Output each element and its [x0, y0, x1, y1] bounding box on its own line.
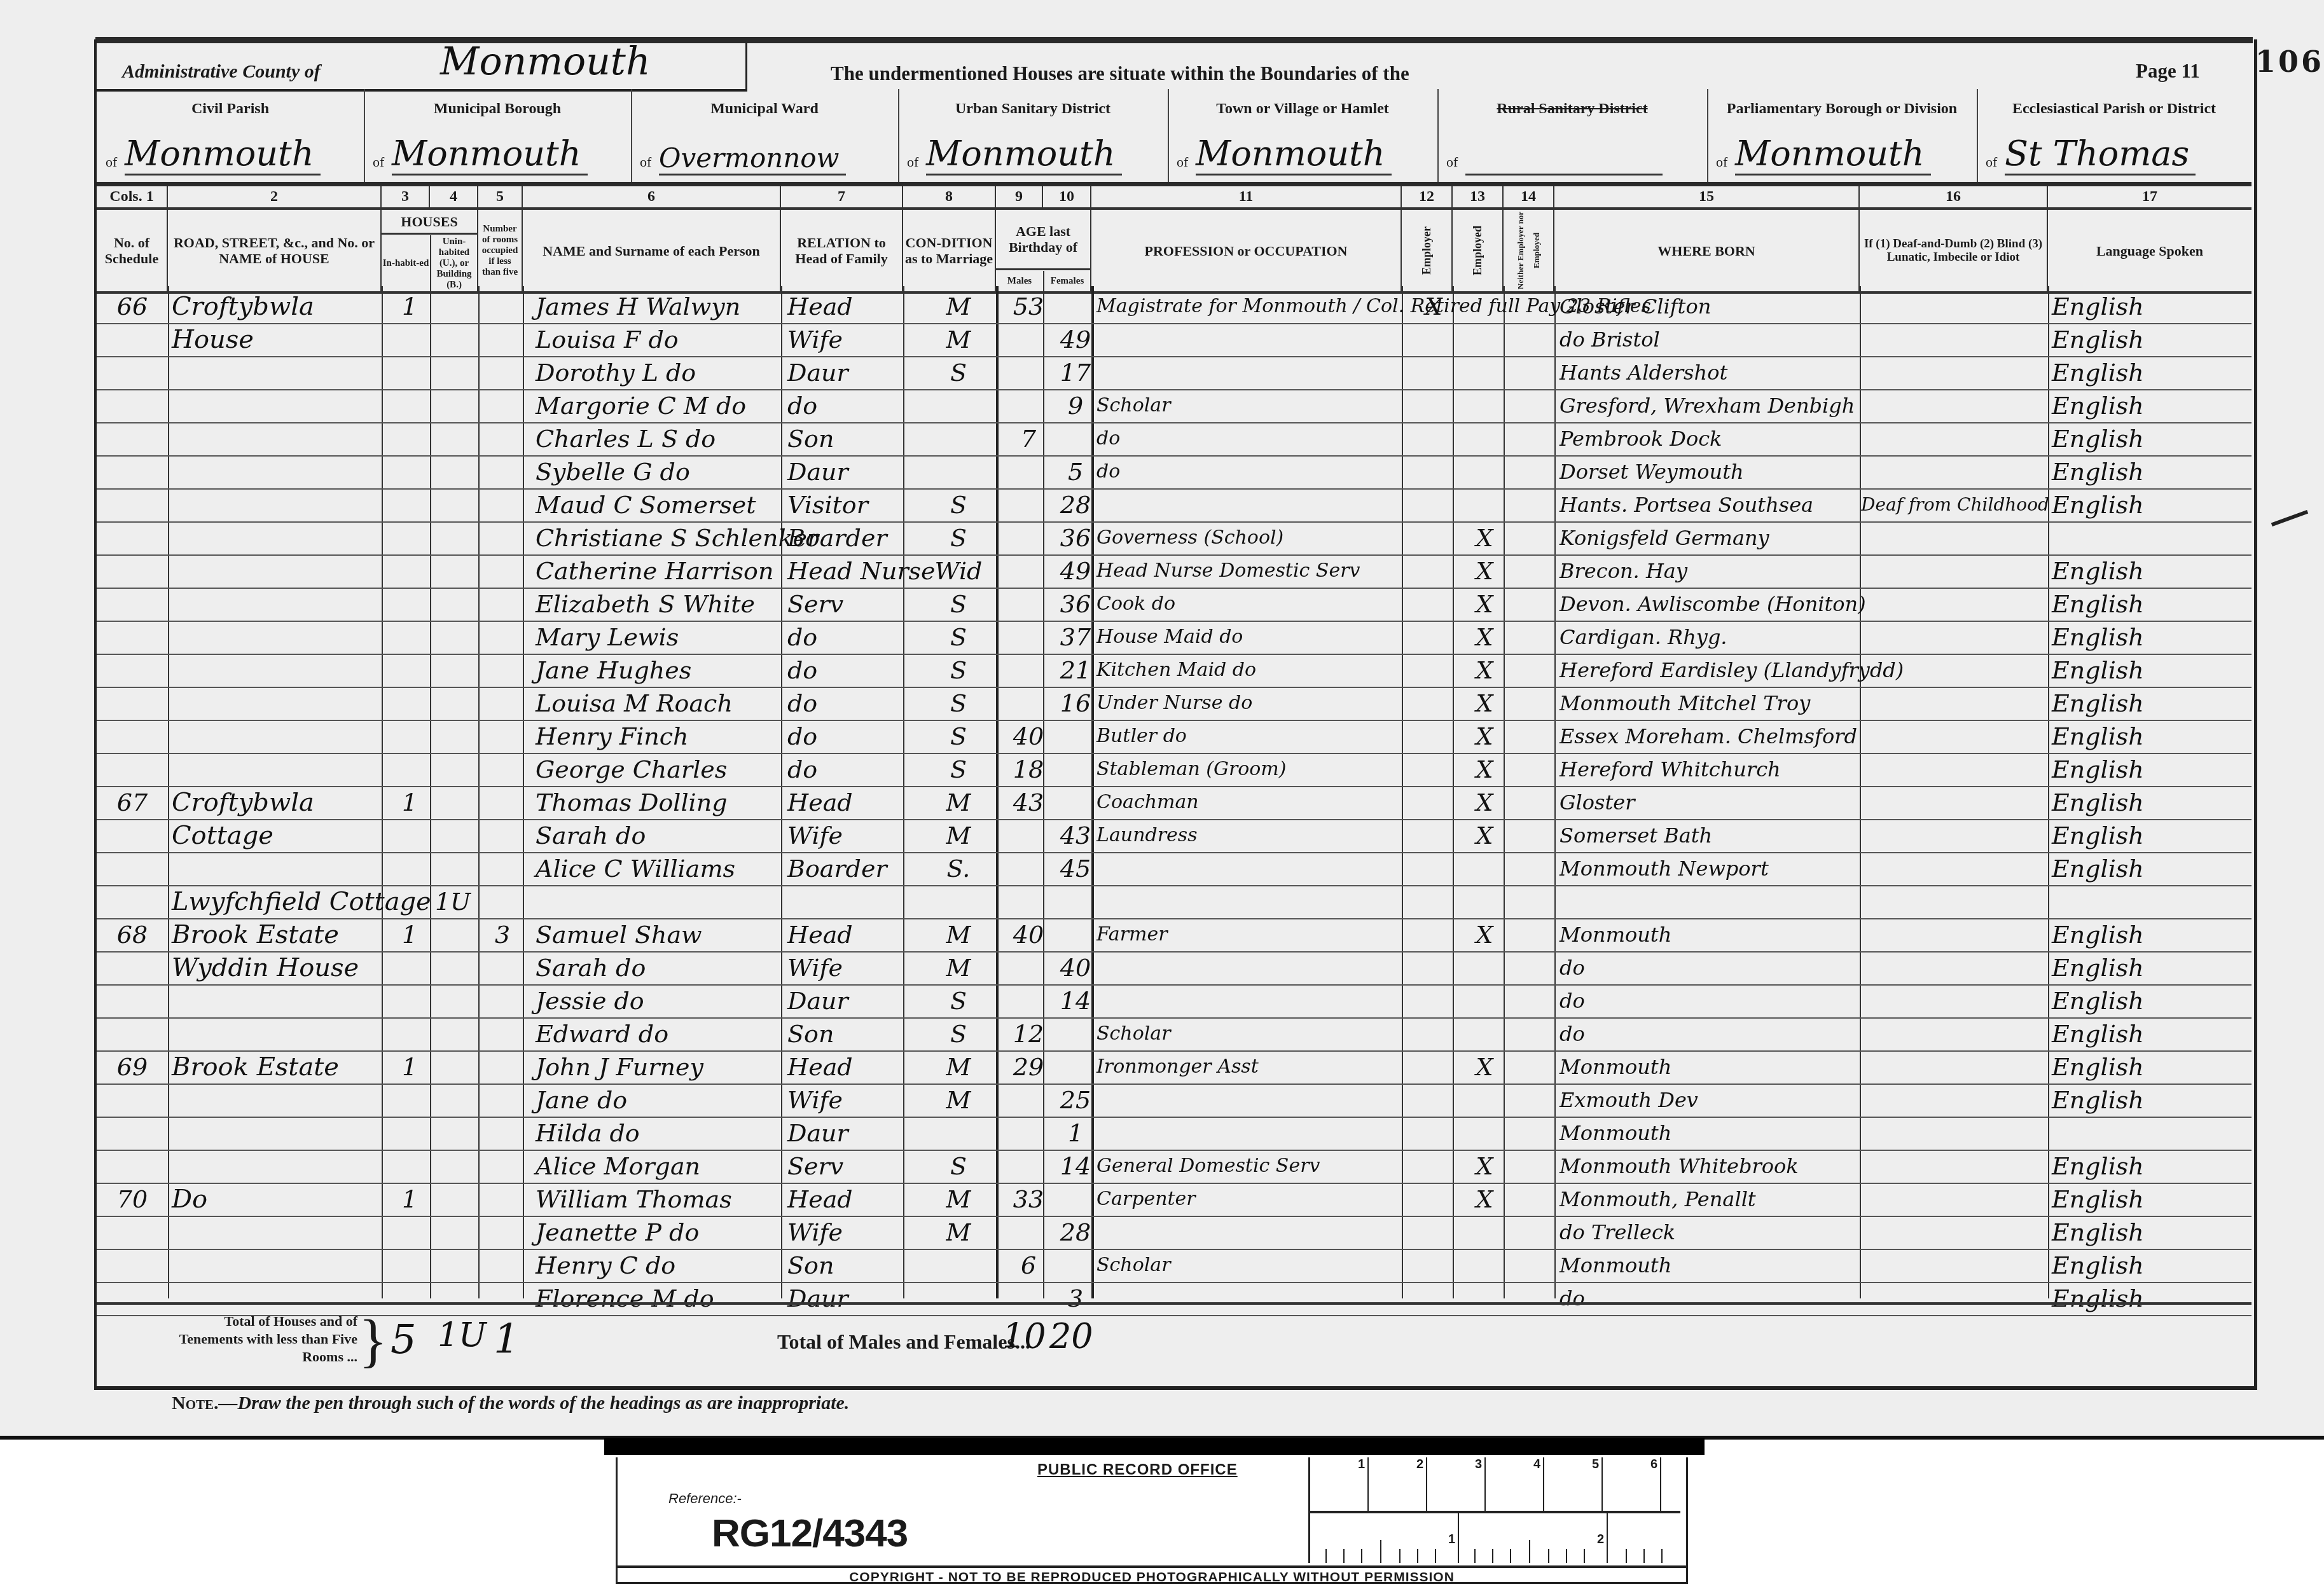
area-label: Ecclesiastical Parish or District: [1977, 100, 2251, 118]
neither-mark: [1516, 1216, 1554, 1249]
relation: Wife: [787, 819, 908, 852]
age-male: 53: [1006, 290, 1051, 323]
language-spoken: [2052, 1117, 2249, 1150]
rooms: [485, 654, 520, 687]
condition: S: [923, 488, 993, 521]
language-spoken: English: [2052, 389, 2249, 422]
person-name: Louisa M Roach: [536, 687, 790, 720]
person-name: George Charles: [536, 753, 790, 786]
total-females: 20: [1049, 1316, 1093, 1356]
house-name: [172, 389, 382, 422]
neither-mark: [1516, 885, 1554, 918]
uninhabited: [434, 356, 472, 389]
neither-mark: [1516, 455, 1554, 488]
language-spoken: English: [2052, 1050, 2249, 1083]
infirmity: [1861, 521, 2049, 554]
inhabited: [391, 323, 429, 356]
neither-mark: [1516, 654, 1554, 687]
age-male: 7: [1006, 422, 1051, 455]
occupation: do: [1096, 422, 1402, 455]
language-spoken: English: [2052, 588, 2249, 621]
employed-mark: [1465, 1117, 1504, 1150]
language-spoken: English: [2052, 1083, 2249, 1117]
condition: M: [923, 323, 993, 356]
occupation: Ironmonger Asst: [1096, 1050, 1402, 1083]
employer-mark: [1414, 720, 1453, 753]
ruler-bottom: 1 2: [1310, 1513, 1680, 1563]
inhabited: 1: [391, 1183, 429, 1216]
occupation: [1096, 356, 1402, 389]
rooms: [485, 984, 520, 1017]
where-born: Somerset Bath: [1560, 819, 1865, 852]
person-name: Edward do: [536, 1017, 790, 1050]
neither-mark: [1516, 852, 1554, 885]
infirmity: [1861, 786, 2049, 819]
where-born: Monmouth: [1560, 1117, 1865, 1150]
occupation: [1096, 852, 1402, 885]
employer-mark: [1414, 588, 1453, 621]
condition: S: [923, 356, 993, 389]
uninhabited: [434, 687, 472, 720]
employer-mark: [1414, 621, 1453, 654]
neither-mark: [1516, 720, 1554, 753]
col-number: 12: [1402, 186, 1453, 207]
inhabited: [391, 1216, 429, 1249]
table-row: Catherine HarrisonHead NurseWid49Head Nu…: [97, 554, 2251, 589]
table-row: CottageSarah doWifeM43LaundressXSomerset…: [97, 819, 2251, 853]
house-name: [172, 1150, 382, 1183]
occupation: Stableman (Groom): [1096, 753, 1402, 786]
where-born: Gloster Clifton: [1560, 290, 1865, 323]
where-born: Hants Aldershot: [1560, 356, 1865, 389]
header-females: Females: [1043, 271, 1091, 291]
age-male: [1006, 951, 1051, 984]
area-urban-sanitary-district: Urban Sanitary District of Monmouth: [898, 89, 1169, 182]
where-born: do: [1560, 1017, 1865, 1050]
age-male: [1006, 1117, 1051, 1150]
language-spoken: English: [2052, 290, 2249, 323]
where-born: Dorset Weymouth: [1560, 455, 1865, 488]
condition: S: [923, 1150, 993, 1183]
age-female: 21: [1053, 654, 1098, 687]
employed-mark: X: [1465, 753, 1504, 786]
employed-mark: [1465, 1017, 1504, 1050]
employer-mark: [1414, 1117, 1453, 1150]
age-female: 17: [1053, 356, 1098, 389]
occupation: Magistrate for Monmouth / Col. Retired f…: [1096, 290, 1402, 323]
inhabited: [391, 588, 429, 621]
uninhabited: [434, 753, 472, 786]
area-value: Monmouth: [125, 134, 321, 175]
condition: S: [923, 753, 993, 786]
schedule-number: [97, 720, 168, 753]
area-town-village-hamlet: Town or Village or Hamlet of Monmouth: [1168, 89, 1439, 182]
table-row: Maud C SomersetVisitorS28Hants. Portsea …: [97, 488, 2251, 523]
employer-mark: [1414, 455, 1453, 488]
area-headings-row: Civil Parish of Monmouth Municipal Borou…: [97, 89, 2251, 186]
condition: S: [923, 521, 993, 554]
house-name: [172, 554, 382, 588]
where-born: Cardigan. Rhyg.: [1560, 621, 1865, 654]
age-male: [1006, 521, 1051, 554]
employer-mark: X: [1414, 290, 1453, 323]
employed-mark: X: [1465, 786, 1504, 819]
relation: Head: [787, 786, 908, 819]
total-rooms: 1: [494, 1316, 520, 1363]
table-row: Charles L S doSon7doPembrook DockEnglish: [97, 422, 2251, 457]
uninhabited: [434, 951, 472, 984]
occupation: [1096, 984, 1402, 1017]
house-name: [172, 422, 382, 455]
rooms: [485, 786, 520, 819]
relation: Wife: [787, 1083, 908, 1117]
uninhabited: [434, 720, 472, 753]
uninhabited: [434, 521, 472, 554]
occupation: [1096, 488, 1402, 521]
header-language: Language Spoken: [2048, 210, 2251, 291]
col-number: 2: [168, 186, 382, 207]
employer-mark: [1414, 1017, 1453, 1050]
where-born: do: [1560, 984, 1865, 1017]
infirmity: [1861, 753, 2049, 786]
archive-reference-stamp: PUBLIC RECORD OFFICE Reference:- RG12/43…: [604, 1438, 1705, 1589]
header-condition: CON-DITION as to Marriage: [903, 210, 996, 291]
schedule-number: [97, 488, 168, 521]
employed-mark: [1465, 852, 1504, 885]
inhabited: [391, 1249, 429, 1282]
total-uninhabited: 1U: [438, 1316, 487, 1354]
age-female: [1053, 918, 1098, 951]
schedule-number: [97, 1017, 168, 1050]
person-name: Jeanette P do: [536, 1216, 790, 1249]
area-label: Parliamentary Borough or Division: [1707, 100, 1977, 118]
area-rural-sanitary-district: Rural Sanitary District of: [1437, 89, 1708, 182]
col-number: 11: [1091, 186, 1402, 207]
uninhabited: [434, 1017, 472, 1050]
where-born: Gloster: [1560, 786, 1865, 819]
col-number: 5: [478, 186, 523, 207]
copyright-notice: COPYRIGHT - NOT TO BE REPRODUCED PHOTOGR…: [618, 1565, 1686, 1587]
where-born: Monmouth Newport: [1560, 852, 1865, 885]
table-row: 69Brook Estate1John J FurneyHeadM29Ironm…: [97, 1050, 2251, 1085]
house-name: House: [172, 323, 382, 356]
inhabited: [391, 554, 429, 588]
header-neither: Neither Employer nor Employed: [1504, 210, 1554, 291]
age-female: 40: [1053, 951, 1098, 984]
employer-mark: [1414, 1183, 1453, 1216]
table-row: Louisa M RoachdoS16Under Nurse doXMonmou…: [97, 687, 2251, 721]
age-male: 12: [1006, 1017, 1051, 1050]
where-born: Monmouth Mitchel Troy: [1560, 687, 1865, 720]
where-born: Monmouth: [1560, 918, 1865, 951]
where-born: Brecon. Hay: [1560, 554, 1865, 588]
condition: M: [923, 1083, 993, 1117]
col-number: Cols. 1: [97, 186, 168, 207]
occupation: Governess (School): [1096, 521, 1402, 554]
uninhabited: [434, 786, 472, 819]
rooms: [485, 819, 520, 852]
table-row: Edward doSonS12ScholardoEnglish: [97, 1017, 2251, 1052]
employer-mark: [1414, 984, 1453, 1017]
occupation: Carpenter: [1096, 1183, 1402, 1216]
house-name: Wyddin House: [172, 951, 382, 984]
where-born: Monmouth: [1560, 1249, 1865, 1282]
scale-ruler: 1 2 3 4 5 6 1 2: [1308, 1457, 1680, 1563]
table-row: Jane doWifeM25Exmouth DevEnglish: [97, 1083, 2251, 1118]
total-inhabited: 5: [391, 1316, 417, 1363]
table-row: Wyddin HouseSarah doWifeM40doEnglish: [97, 951, 2251, 986]
occupation: General Domestic Serv: [1096, 1150, 1402, 1183]
inhabited: [391, 488, 429, 521]
area-value: Monmouth: [926, 134, 1122, 175]
employed-mark: X: [1465, 1050, 1504, 1083]
infirmity: [1861, 1083, 2049, 1117]
census-page: Administrative County of Monmouth The un…: [0, 0, 2324, 1438]
rooms: [485, 588, 520, 621]
inhabited: [391, 455, 429, 488]
header-employer: Employer: [1402, 210, 1453, 291]
rooms: [485, 885, 520, 918]
table-row: Alice MorganServS14General Domestic Serv…: [97, 1150, 2251, 1184]
age-female: 9: [1053, 389, 1098, 422]
area-ecclesiastical-parish: Ecclesiastical Parish or District of St …: [1977, 89, 2251, 182]
header-neither-text: Neither Employer nor Employed: [1512, 210, 1544, 291]
employed-mark: X: [1465, 554, 1504, 588]
area-label: Civil Parish: [97, 100, 364, 118]
age-male: 33: [1006, 1183, 1051, 1216]
schedule-number: 66: [97, 290, 168, 323]
schedule-number: [97, 654, 168, 687]
neither-mark: [1516, 1017, 1554, 1050]
relation: [787, 885, 908, 918]
header-infirmity: If (1) Deaf-and-Dumb (2) Blind (3) Lunat…: [1860, 210, 2048, 291]
rooms: [485, 951, 520, 984]
age-male: [1006, 1216, 1051, 1249]
of-label: of: [1986, 154, 1997, 170]
infirmity: [1861, 1050, 2049, 1083]
age-female: [1053, 1249, 1098, 1282]
language-spoken: English: [2052, 323, 2249, 356]
employer-mark: [1414, 753, 1453, 786]
uninhabited: [434, 852, 472, 885]
table-row: Elizabeth S WhiteServS36Cook doXDevon. A…: [97, 588, 2251, 622]
table-row: HouseLouisa F doWifeM49do BristolEnglish: [97, 323, 2251, 357]
person-name: Maud C Somerset: [536, 488, 790, 521]
infirmity: [1861, 687, 2049, 720]
schedule-number: [97, 852, 168, 885]
rooms: [485, 389, 520, 422]
language-spoken: English: [2052, 1017, 2249, 1050]
person-name: James H Walwyn: [536, 290, 790, 323]
person-name: Louisa F do: [536, 323, 790, 356]
condition: M: [923, 786, 993, 819]
inhabited: 1: [391, 1050, 429, 1083]
inhabited: [391, 422, 429, 455]
language-spoken: [2052, 521, 2249, 554]
employed-mark: X: [1465, 1183, 1504, 1216]
house-name: [172, 753, 382, 786]
person-name: Hilda do: [536, 1117, 790, 1150]
occupation: Laundress: [1096, 819, 1402, 852]
rooms: [485, 1117, 520, 1150]
inhabited: [391, 951, 429, 984]
employed-mark: X: [1465, 654, 1504, 687]
age-female: 25: [1053, 1083, 1098, 1117]
relation: Serv: [787, 588, 908, 621]
neither-mark: [1516, 786, 1554, 819]
note-body: —Draw the pen through such of the words …: [219, 1393, 850, 1414]
uninhabited: [434, 1150, 472, 1183]
person-name: Margorie C M do: [536, 389, 790, 422]
stamp-title: PUBLIC RECORD OFFICE: [1037, 1461, 1238, 1479]
relation: do: [787, 687, 908, 720]
condition: [923, 1249, 993, 1282]
relation: Daur: [787, 1117, 908, 1150]
schedule-number: [97, 819, 168, 852]
language-spoken: [2052, 885, 2249, 918]
employed-mark: [1465, 455, 1504, 488]
person-name: Christiane S Schlenker: [536, 521, 790, 554]
employer-mark: [1414, 1083, 1453, 1117]
age-male: [1006, 885, 1051, 918]
schedule-number: 68: [97, 918, 168, 951]
area-parliamentary-borough: Parliamentary Borough or Division of Mon…: [1707, 89, 1978, 182]
age-male: [1006, 1150, 1051, 1183]
where-born: Essex Moreham. Chelmsford: [1560, 720, 1865, 753]
schedule-number: [97, 753, 168, 786]
inhabited: [391, 654, 429, 687]
age-female: [1053, 885, 1098, 918]
area-label: Municipal Borough: [364, 100, 631, 118]
person-name: Elizabeth S White: [536, 588, 790, 621]
header-road: ROAD, STREET, &c., and No. or NAME of HO…: [168, 210, 382, 291]
employer-mark: [1414, 1249, 1453, 1282]
employed-mark: [1465, 290, 1504, 323]
condition: [923, 389, 993, 422]
condition: S: [923, 588, 993, 621]
age-female: 28: [1053, 1216, 1098, 1249]
condition: M: [923, 1183, 993, 1216]
condition: S: [923, 720, 993, 753]
relation: do: [787, 720, 908, 753]
ruler-label: 2: [1369, 1457, 1427, 1511]
infirmity: [1861, 819, 2049, 852]
occupation: Cook do: [1096, 588, 1402, 621]
table-row: Alice C WilliamsBoarderS.45Monmouth Newp…: [97, 852, 2251, 886]
age-male: 18: [1006, 753, 1051, 786]
inhabited: [391, 389, 429, 422]
table-row: Margorie C M dodo9ScholarGresford, Wrexh…: [97, 389, 2251, 423]
employer-mark: [1414, 389, 1453, 422]
where-born: Devon. Awliscombe (Honiton): [1560, 588, 1865, 621]
rooms: [485, 753, 520, 786]
inhabited: [391, 1117, 429, 1150]
rooms: [485, 455, 520, 488]
rooms: [485, 1216, 520, 1249]
language-spoken: English: [2052, 786, 2249, 819]
relation: Son: [787, 422, 908, 455]
person-name: Henry C do: [536, 1249, 790, 1282]
header-males: Males: [996, 271, 1044, 291]
header-houses: HOUSES: [382, 210, 477, 235]
administrative-county-value: Monmouth: [440, 39, 651, 84]
employer-mark: [1414, 521, 1453, 554]
employer-mark: [1414, 554, 1453, 588]
rooms: [485, 323, 520, 356]
area-label: Municipal Ward: [631, 100, 898, 118]
house-name: [172, 455, 382, 488]
infirmity: [1861, 554, 2049, 588]
relation: Boarder: [787, 521, 908, 554]
inhabited: [391, 720, 429, 753]
neither-mark: [1516, 1083, 1554, 1117]
occupation: Scholar: [1096, 389, 1402, 422]
occupation: Head Nurse Domestic Serv: [1096, 554, 1402, 588]
schedule-number: [97, 1117, 168, 1150]
language-spoken: English: [2052, 1150, 2249, 1183]
rooms: [485, 290, 520, 323]
table-row: Sybelle G doDaur5doDorset WeymouthEnglis…: [97, 455, 2251, 490]
note-prefix: Note.: [172, 1393, 219, 1414]
neither-mark: [1516, 488, 1554, 521]
uninhabited: [434, 554, 472, 588]
person-name: Henry Finch: [536, 720, 790, 753]
employed-mark: [1465, 356, 1504, 389]
ruler-label: 4: [1486, 1457, 1544, 1511]
language-spoken: English: [2052, 422, 2249, 455]
where-born: [1560, 885, 1865, 918]
uninhabited: [434, 290, 472, 323]
person-name: Jessie do: [536, 984, 790, 1017]
language-spoken: English: [2052, 753, 2249, 786]
relation: Head: [787, 1050, 908, 1083]
col-number: 3: [382, 186, 430, 207]
header-houses-group: HOUSES In-habit-ed Unin-habited (U.), or…: [382, 210, 478, 291]
rooms: [485, 1017, 520, 1050]
language-spoken: English: [2052, 687, 2249, 720]
brace-icon: }: [359, 1311, 387, 1371]
employed-mark: X: [1465, 819, 1504, 852]
age-female: [1053, 1183, 1098, 1216]
rooms: [485, 521, 520, 554]
inhabited: 1: [391, 290, 429, 323]
ruler-label: 2: [1459, 1513, 1608, 1563]
language-spoken: English: [2052, 356, 2249, 389]
age-male: 6: [1006, 1249, 1051, 1282]
uninhabited: [434, 455, 472, 488]
age-female: 14: [1053, 984, 1098, 1017]
employed-mark: X: [1465, 1150, 1504, 1183]
inhabited: [391, 1083, 429, 1117]
occupation: Scholar: [1096, 1249, 1402, 1282]
infirmity: [1861, 852, 2049, 885]
neither-mark: [1516, 984, 1554, 1017]
condition: Wid: [923, 554, 993, 588]
neither-mark: [1516, 1249, 1554, 1282]
age-male: 40: [1006, 720, 1051, 753]
relation: Son: [787, 1249, 908, 1282]
house-name: [172, 1249, 382, 1282]
infirmity: [1861, 389, 2049, 422]
neither-mark: [1516, 356, 1554, 389]
ruler-label: 1: [1310, 1513, 1459, 1563]
neither-mark: [1516, 389, 1554, 422]
neither-mark: [1516, 290, 1554, 323]
language-spoken: English: [2052, 621, 2249, 654]
col-number: 7: [781, 186, 903, 207]
inhabited: 1: [391, 786, 429, 819]
person-name: Mary Lewis: [536, 621, 790, 654]
